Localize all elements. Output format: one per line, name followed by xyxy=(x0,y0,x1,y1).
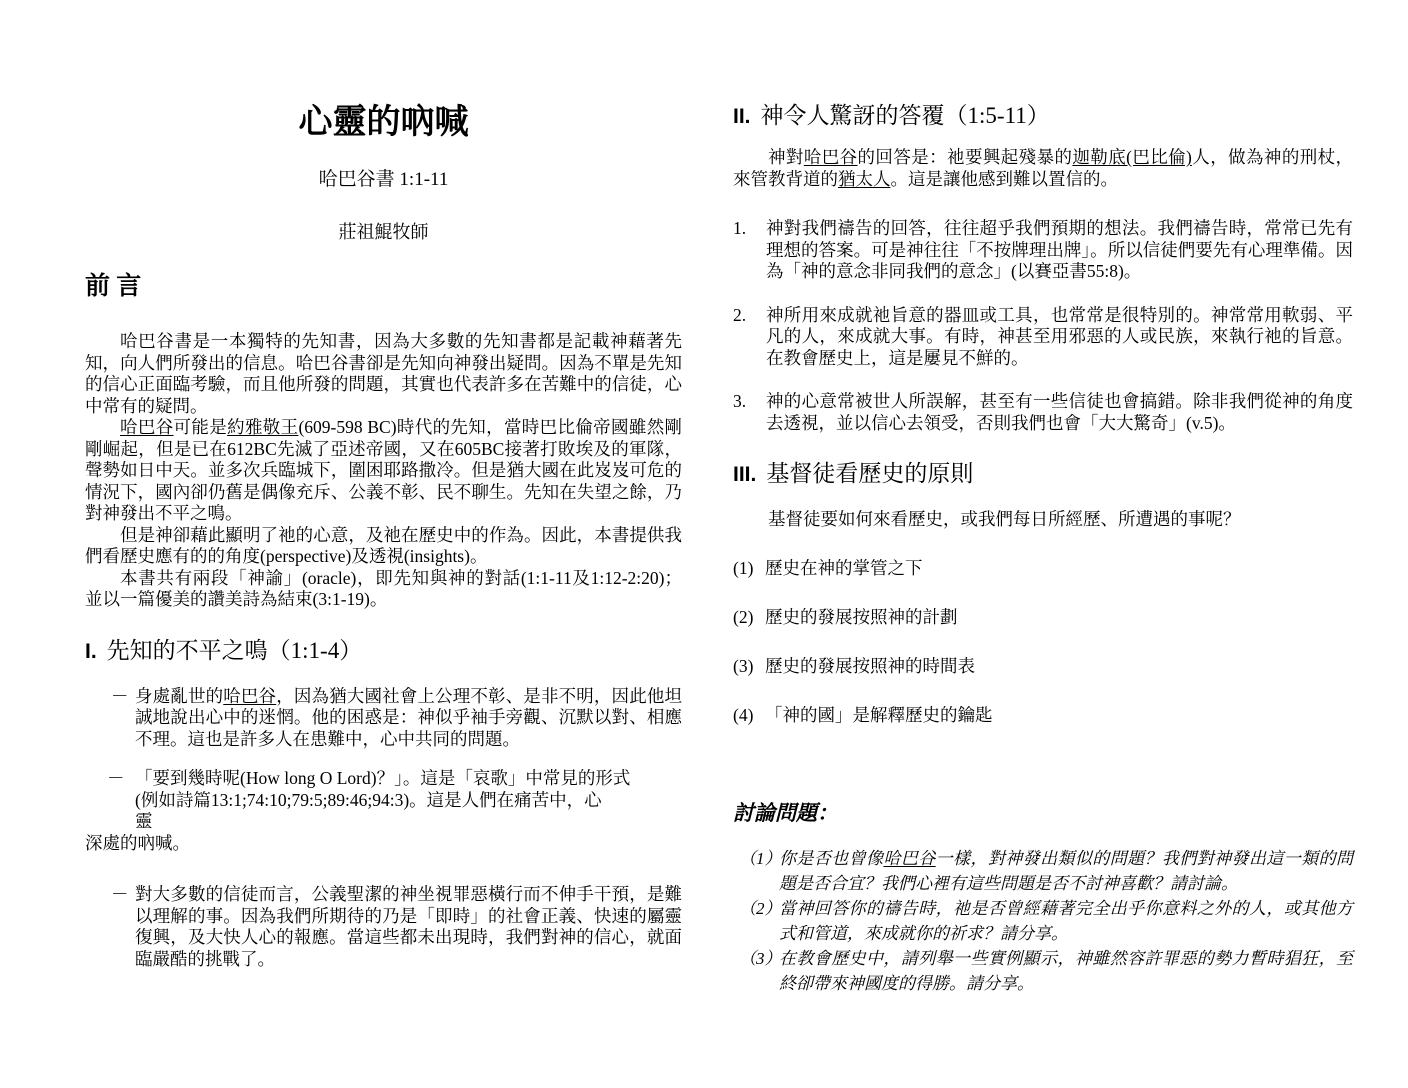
discussion-question-1: （1） 你是否也曾像哈巴谷一樣，對神發出類似的問題？我們對神發出這一類的問題是否… xyxy=(733,846,1353,896)
item-number: (3) xyxy=(733,655,753,677)
question-text: 當神回答你的禱告時，祂是否曾經藉著完全出乎你意料之外的人，或其他方式和管道，來成… xyxy=(779,899,1353,943)
discussion-question-3: （3） 在教會歷史中，請列舉一些實例顯示，神雖然容許罪惡的勢力暫時猖狂，至終卻帶… xyxy=(733,946,1353,996)
intro-text: 。這是讓他感到難以置信的。 xyxy=(891,169,1119,189)
section-3-heading: III.基督徒看歷史的原則 xyxy=(733,456,1353,493)
item-text: 歷史的發展按照神的計劃 xyxy=(765,607,958,627)
section-1-bullet-2: － 「要到幾時呢(How long O Lord)？」。這是「哀歌」中常見的形式… xyxy=(85,768,682,854)
numbered-item-1: 1. 神對我們禱告的回答，往往超乎我們預期的想法。我們禱告時，常常已先有理想的答… xyxy=(733,218,1353,283)
section-3-title: 基督徒看歷史的原則 xyxy=(766,461,973,486)
dash-bullet: － xyxy=(111,884,129,906)
section-1-numeral: I. xyxy=(85,640,97,663)
left-column: 心靈的吶喊 哈巴谷書 1:1-11 莊祖鯤牧師 前 言 哈巴谷書是一本獨特的先知… xyxy=(85,100,682,970)
paragraph-text: 可能是 xyxy=(174,417,228,437)
question-text: 在教會歷史中，請列舉一些實例顯示，神雖然容許罪惡的勢力暫時猖狂，至終卻帶來神國度… xyxy=(779,949,1353,993)
section-3-numeral: III. xyxy=(733,463,756,486)
dash-bullet: － xyxy=(111,686,129,708)
underlined-name-chaldeans: 迦勒底(巴比倫) xyxy=(1072,147,1192,167)
section-2-intro: 神對哈巴谷的回答是：祂要興起殘暴的迦勒底(巴比倫)人，做為神的刑杖，來管教背道的… xyxy=(733,147,1353,190)
item-text: 歷史在神的掌管之下 xyxy=(765,558,923,578)
underlined-name-habakkuk: 哈巴谷 xyxy=(223,686,276,706)
numbered-item-2: 2. 神所用來成就祂旨意的器皿或工具，也常常是很特別的。神常常用軟弱、平凡的人，… xyxy=(733,305,1353,370)
document-title: 心靈的吶喊 xyxy=(85,100,682,146)
principle-item-3: (3) 歷史的發展按照神的時間表 xyxy=(733,655,1353,677)
intro-text: 的回答是：祂要興起殘暴的 xyxy=(858,147,1073,167)
question-number: （1） xyxy=(739,846,782,871)
item-text: 神對我們禱告的回答，往往超乎我們預期的想法。我們禱告時，常常已先有理想的答案。可… xyxy=(766,218,1353,281)
section-2-numeral: II. xyxy=(733,105,751,128)
section-3-intro: 基督徒要如何來看歷史，或我們每日所經歷、所遭遇的事呢？ xyxy=(733,509,1353,531)
dash-bullet: － xyxy=(107,768,125,790)
item-number: 3. xyxy=(733,391,746,413)
preface-paragraph-4: 本書共有兩段「神諭」(oracle)，即先知與神的對話(1:1-11及1:12-… xyxy=(85,568,682,611)
item-text: 「神的國」是解釋歷史的鑰匙 xyxy=(765,705,993,725)
preface-paragraph-2: 哈巴谷可能是約雅敬王(609-598 BC)時代的先知，當時巴比倫帝國雖然剛剛崛… xyxy=(85,417,682,525)
discussion-heading: 討論問題： xyxy=(733,798,1353,828)
item-number: 2. xyxy=(733,305,746,327)
right-column: II.神令人驚訝的答覆（1:5-11） 神對哈巴谷的回答是：祂要興起殘暴的迦勒底… xyxy=(733,98,1353,996)
item-number: (1) xyxy=(733,557,753,579)
section-2-title: 神令人驚訝的答覆（1:5-11） xyxy=(761,103,1050,128)
bullet-line: 「要到幾時呢(How long O Lord)？」。這是「哀歌」中常見的形式 xyxy=(135,768,682,790)
section-1-heading: I.先知的不平之鳴（1:1-4） xyxy=(85,633,682,670)
numbered-item-3: 3. 神的心意常被世人所誤解，甚至有一些信徒也會搞錯。除非我們從神的角度去透視，… xyxy=(733,391,1353,434)
item-text: 神所用來成就祂旨意的器皿或工具，也常常是很特別的。神常常用軟弱、平凡的人，來成就… xyxy=(766,305,1353,368)
question-text: 你是否也曾像 xyxy=(779,849,883,868)
question-number: （2） xyxy=(739,896,782,921)
bullet-line-outdent: 深處的吶喊。 xyxy=(85,833,682,855)
section-2-heading: II.神令人驚訝的答覆（1:5-11） xyxy=(733,98,1353,135)
preface-paragraph-3: 但是神卻藉此顯明了祂的心意，及祂在歷史中的作為。因此，本書提供我們看歷史應有的的… xyxy=(85,525,682,568)
scripture-reference: 哈巴谷書 1:1-11 xyxy=(85,168,682,192)
section-1-title: 先知的不平之鳴（1:1-4） xyxy=(107,638,363,663)
underlined-name-jehoiakim: 約雅敬王 xyxy=(227,417,298,437)
underlined-name-habakkuk: 哈巴谷 xyxy=(883,849,935,868)
preface-paragraph-1: 哈巴谷書是一本獨特的先知書，因為大多數的先知書都是記載神藉著先知，向人們所發出的… xyxy=(85,331,682,417)
bullet-line: (例如詩篇13:1;74:10;79:5;89:46;94:3)。這是人們在痛苦… xyxy=(135,790,682,833)
document-page: 心靈的吶喊 哈巴谷書 1:1-11 莊祖鯤牧師 前 言 哈巴谷書是一本獨特的先知… xyxy=(0,0,1408,1088)
item-text: 神的心意常被世人所誤解，甚至有一些信徒也會搞錯。除非我們從神的角度去透視，並以信… xyxy=(766,391,1353,433)
question-number: （3） xyxy=(739,946,782,971)
author-name: 莊祖鯤牧師 xyxy=(85,220,682,244)
principle-item-4: (4) 「神的國」是解釋歷史的鑰匙 xyxy=(733,704,1353,726)
intro-text: 神對 xyxy=(768,147,804,167)
underlined-name-habakkuk: 哈巴谷 xyxy=(804,147,858,167)
bullet-text: 身處亂世的 xyxy=(135,686,223,706)
preface-heading: 前 言 xyxy=(85,270,682,303)
principle-item-2: (2) 歷史的發展按照神的計劃 xyxy=(733,606,1353,628)
item-number: (2) xyxy=(733,606,753,628)
principle-item-1: (1) 歷史在神的掌管之下 xyxy=(733,557,1353,579)
item-number: 1. xyxy=(733,218,746,240)
item-number: (4) xyxy=(733,704,753,726)
discussion-question-2: （2） 當神回答你的禱告時，祂是否曾經藉著完全出乎你意料之外的人，或其他方式和管… xyxy=(733,896,1353,946)
underlined-name-jews: 猶太人 xyxy=(838,169,891,189)
underlined-name-habakkuk: 哈巴谷 xyxy=(120,417,174,437)
section-1-bullet-3: － 對大多數的信徒而言，公義聖潔的神坐視罪惡橫行而不伸手干預，是難以理解的事。因… xyxy=(85,884,682,970)
section-1-bullet-1: － 身處亂世的哈巴谷，因為猶大國社會上公理不彰、是非不明，因此他坦誠地說出心中的… xyxy=(85,686,682,751)
item-text: 歷史的發展按照神的時間表 xyxy=(765,656,975,676)
bullet-text: 對大多數的信徒而言，公義聖潔的神坐視罪惡橫行而不伸手干預，是難以理解的事。因為我… xyxy=(135,884,682,969)
